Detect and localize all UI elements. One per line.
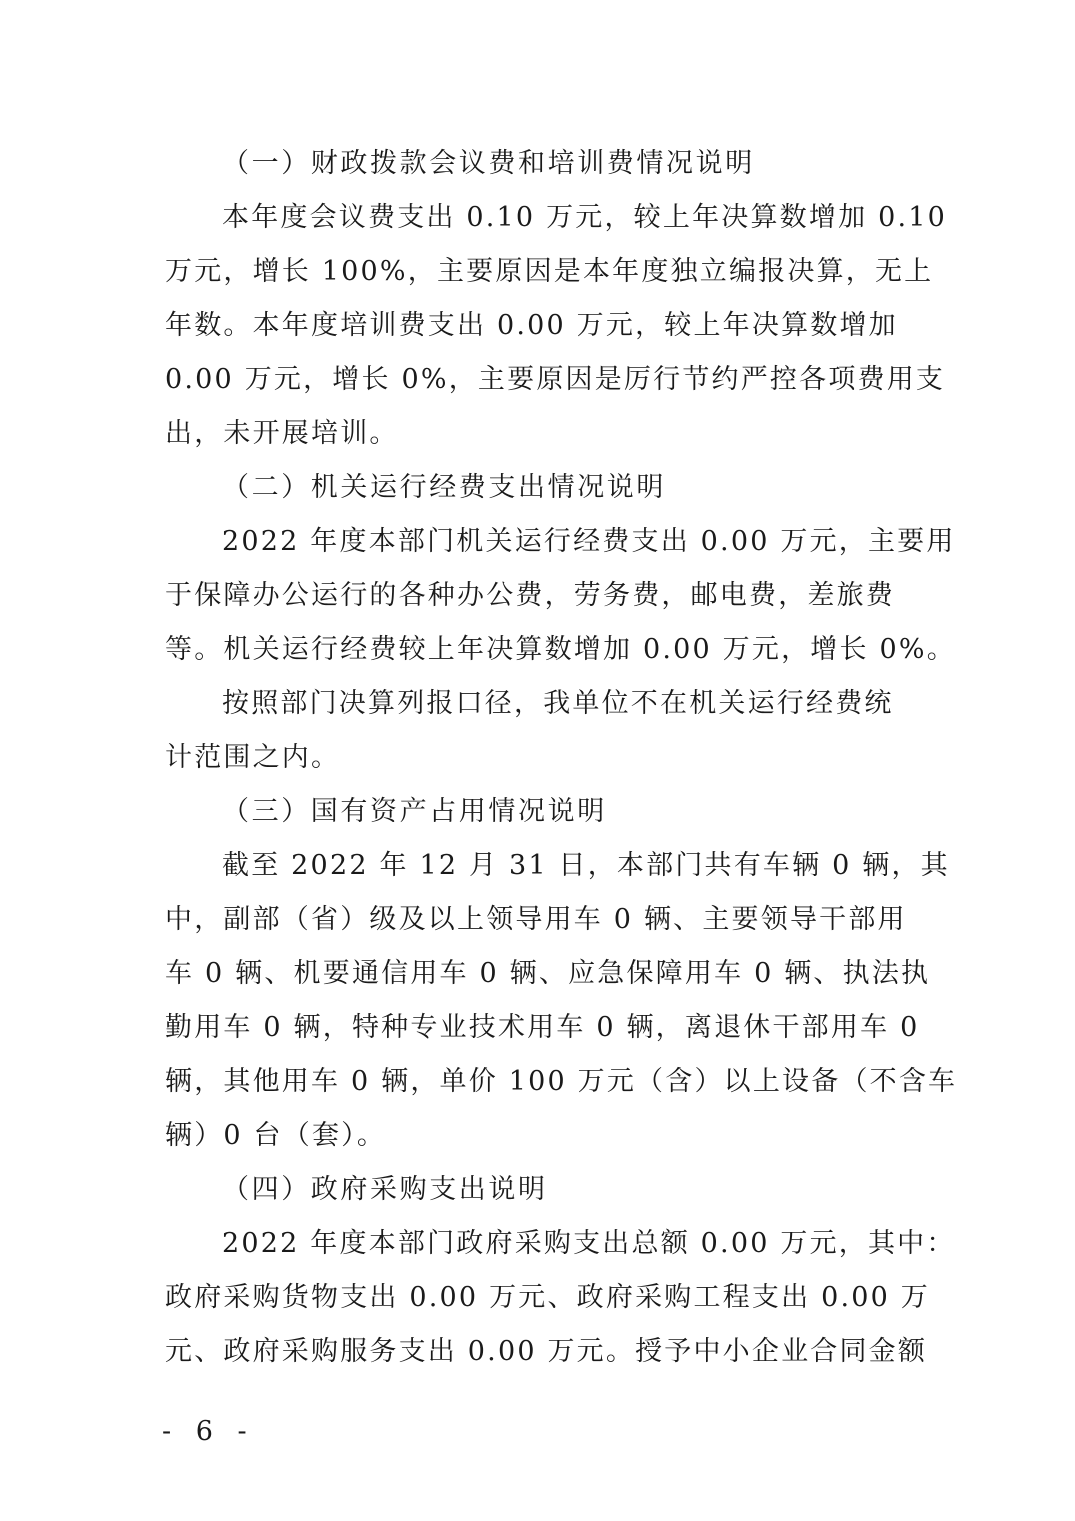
paragraph-line: 万元，增长 100%，主要原因是本年度独立编报决算，无上 xyxy=(165,245,925,299)
paragraph-line: 等。机关运行经费较上年决算数增加 0.00 万元，增长 0%。 xyxy=(165,623,925,677)
paragraph-line: 按照部门决算列报口径，我单位不在机关运行经费统 xyxy=(222,677,982,731)
page-number: - 6 - xyxy=(162,1412,255,1452)
paragraph-line: 截至 2022 年 12 月 31 日，本部门共有车辆 0 辆，其 xyxy=(222,839,982,893)
paragraph-line: 元、政府采购服务支出 0.00 万元。授予中小企业合同金额 xyxy=(165,1325,925,1379)
paragraph-line: 政府采购货物支出 0.00 万元、政府采购工程支出 0.00 万 xyxy=(165,1271,925,1325)
document-page: （一）财政拨款会议费和培训费情况说明 本年度会议费支出 0.10 万元，较上年决… xyxy=(0,0,1075,1521)
paragraph-line: 2022 年度本部门机关运行经费支出 0.00 万元，主要用 xyxy=(222,515,982,569)
paragraph-line: 中，副部（省）级及以上领导用车 0 辆、主要领导干部用 xyxy=(165,893,925,947)
paragraph-line: 于保障办公运行的各种办公费，劳务费，邮电费，差旅费 xyxy=(165,569,925,623)
section-heading-2: （二）机关运行经费支出情况说明 xyxy=(222,461,982,515)
paragraph-line: 勤用车 0 辆，特种专业技术用车 0 辆，离退休干部用车 0 xyxy=(165,1001,925,1055)
paragraph-line: 出，未开展培训。 xyxy=(165,407,925,461)
section-heading-1: （一）财政拨款会议费和培训费情况说明 xyxy=(222,137,982,191)
paragraph-line: 2022 年度本部门政府采购支出总额 0.00 万元，其中： xyxy=(222,1217,982,1271)
section-heading-4: （四）政府采购支出说明 xyxy=(222,1163,982,1217)
paragraph-line: 年数。本年度培训费支出 0.00 万元，较上年决算数增加 xyxy=(165,299,925,353)
paragraph-line: 辆，其他用车 0 辆，单价 100 万元（含）以上设备（不含车 xyxy=(165,1055,925,1109)
paragraph-line: 0.00 万元，增长 0%，主要原因是厉行节约严控各项费用支 xyxy=(165,353,925,407)
paragraph-line: 车 0 辆、机要通信用车 0 辆、应急保障用车 0 辆、执法执 xyxy=(165,947,925,1001)
paragraph-line: 本年度会议费支出 0.10 万元，较上年决算数增加 0.10 xyxy=(222,191,982,245)
paragraph-line: 辆）0 台（套）。 xyxy=(165,1109,925,1163)
section-heading-3: （三）国有资产占用情况说明 xyxy=(222,785,982,839)
paragraph-line: 计范围之内。 xyxy=(165,731,925,785)
